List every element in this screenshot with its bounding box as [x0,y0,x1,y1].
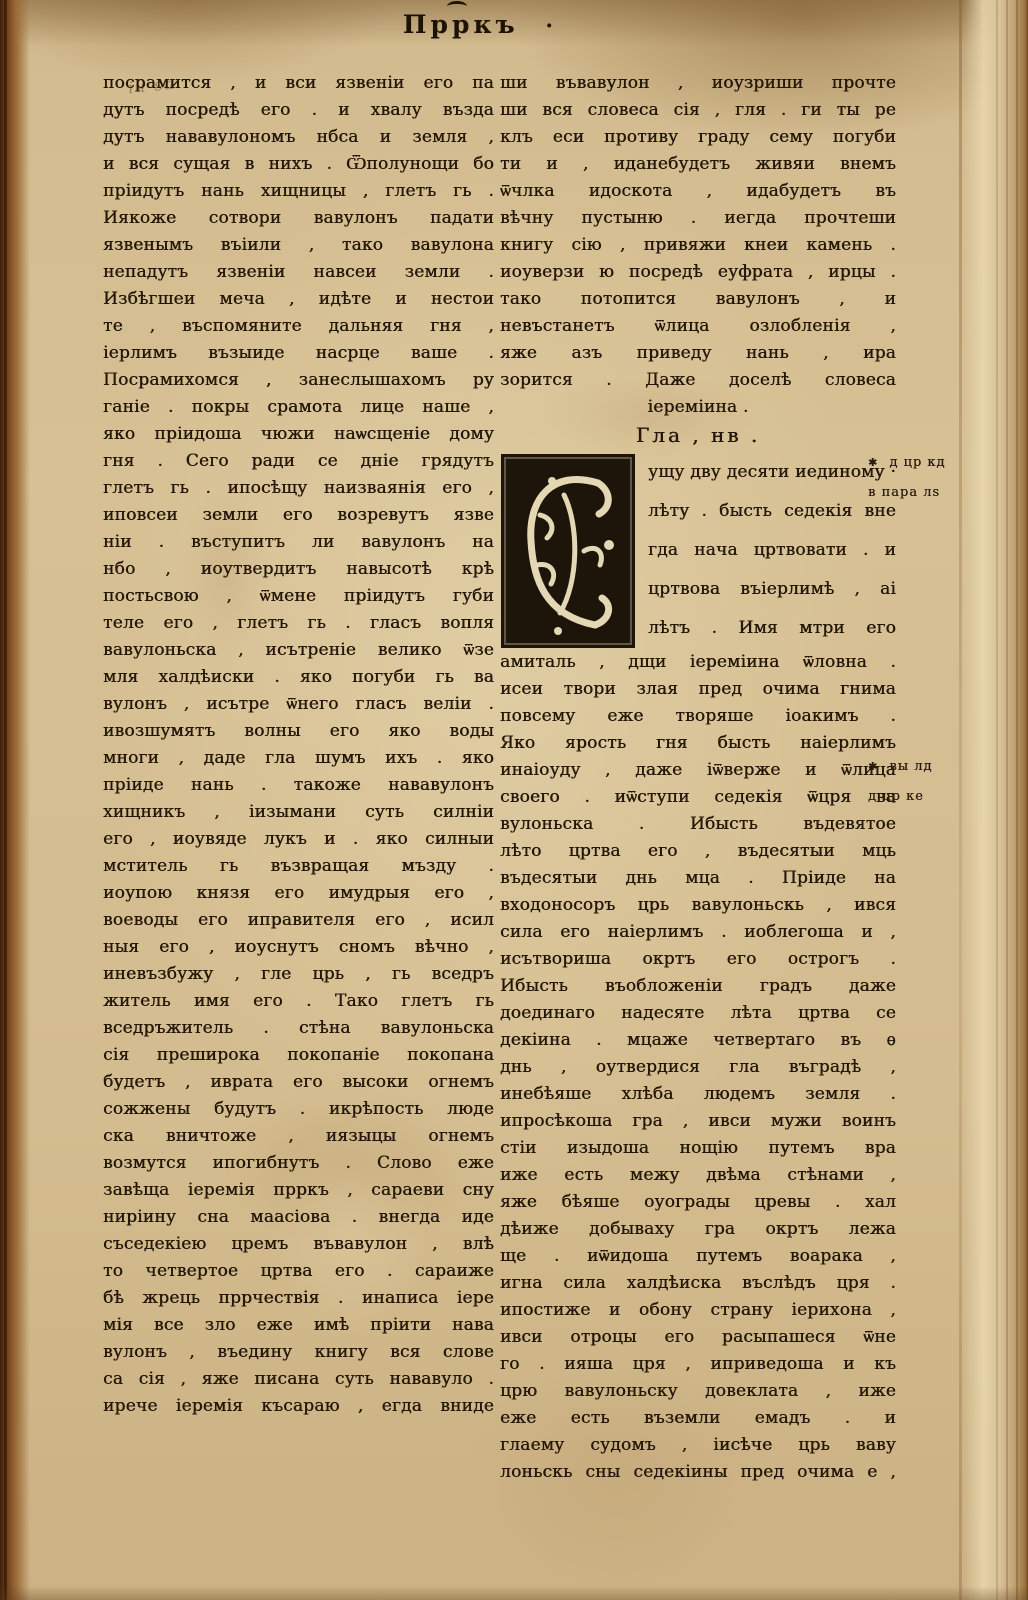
text-line: будетъ , иврата его высоки огнемъ [103,1069,494,1096]
fore-edge [964,0,1028,1600]
text-line: невъстанетъ ѿлица озлобленія , [500,313,896,340]
text-line: тако потопится вавулонъ , и [500,286,896,313]
text-line: исътвориша окртъ его острогъ . [500,946,896,973]
text-line: лѣто цртва его , въдесятыи мць [500,838,896,865]
page-crease-line [959,0,962,1600]
text-line: лѣтъ . Имя мтри его [648,609,896,648]
text-line: воеводы его иправителя его , исил [103,907,494,934]
reference-mark: ✱ [868,752,878,782]
text-line: лѣту . бысть седекія вне [648,492,896,531]
chapter-opening-lines: ущу дву десяти иединому ·лѣту . бысть се… [648,453,896,649]
chapter-opening: ущу дву десяти иединому ·лѣту . бысть се… [500,453,896,649]
text-line: вседръжитель . стѣна вавулоньска [103,1015,494,1042]
text-line: мля халдѣиски . яко погуби гь ва [103,664,494,691]
text-line: ивси отроцы его расыпашеся ѿне [500,1324,896,1351]
text-line: лоньскь сны седекіины пред очима е , [500,1459,896,1486]
text-line: Иякоже сотвори вавулонъ падати [103,205,494,232]
text-line: постьсвою , ѿмене пріидутъ губи [103,583,494,610]
text-line: ивозшумятъ волны его яко воды [103,718,494,745]
text-line: ска вничтоже , иязыцы огнемъ [103,1123,494,1150]
edge-streak [996,0,998,1600]
text-line: гда нача цртвовати . и [648,531,896,570]
text-line: нбо , иоутвердитъ навысотѣ крѣ [103,556,494,583]
text-line: пріиде нань . такоже нававулонъ [103,772,494,799]
titlo-mark [447,1,467,12]
text-line: Избѣгшеи меча , идѣте и нестои [103,286,494,313]
text-line: те , въспомяните дальняя гня , [103,313,494,340]
text-line: ѿчлка идоскота , идабудетъ въ [500,178,896,205]
text-line: пріидутъ нань хищницы , глетъ гь . [103,178,494,205]
text-line: глетъ гь . ипосѣщу наизваянія его , [103,475,494,502]
text-line: Ибысть въобложеніи градъ даже [500,973,896,1000]
text-line: иневъзбужу , гле црь , гь вседръ [103,961,494,988]
margin-note-line: вы лд [889,759,932,774]
text-line: глаему судомъ , іисѣче црь ваву [500,1432,896,1459]
text-line: ти и , иданебудетъ живяи внемъ [500,151,896,178]
text-line: сожжены будутъ . икрѣпость люде [103,1096,494,1123]
header-title: Прркъ [403,10,519,39]
text-line: сила его наіерлимъ . иоблегоша и , [500,919,896,946]
text-line: иоуверзи ю посредѣ еуфрата , ирцы . [500,259,896,286]
text-line: ганіе . покры срамота лице наше , [103,394,494,421]
text-line: своего . иѿступи седекія ѿцря ва [500,784,896,811]
text-line: ши въвавулон , иоузриши прочте [500,70,896,97]
text-line: ипросѣкоша гра , ивси мужи воинъ [500,1108,896,1135]
text-line: житель имя его . Тако глетъ гь [103,988,494,1015]
text-line: инаіоуду , даже іѿверже и ѿлица [500,757,896,784]
edge-streak [1006,0,1008,1600]
running-header: Прркъ · [0,10,960,39]
text-line: его , иоувяде лукъ и . яко силныи [103,826,494,853]
text-line: язвенымъ въіили , тако вавулона [103,232,494,259]
text-line: дутъ посредѣ его . и хвалу възда [103,97,494,124]
text-line: са сія , яже писана суть нававуло . [103,1366,494,1393]
text-line: иоупою князя его имудрыя его , [103,880,494,907]
text-line: декіина . мцаже четвертаго въ ѳ [500,1027,896,1054]
text-line: Яко ярость гня бысть наіерлимъ [500,730,896,757]
text-line: то четвертое цртва его . сараиже [103,1258,494,1285]
right-text-column: ши въвавулон , иоузриши прочтеши вся сло… [500,70,896,1486]
text-line: гня . Сего ради се дніе грядутъ [103,448,494,475]
bottom-edge-shade [0,1586,1028,1600]
edge-streak [1016,0,1018,1600]
book-page-scan: Прркъ · іч ѕа посрамится , и вси язвеніи… [0,0,1028,1600]
text-line: непадутъ язвеніи навсеи земли . [103,259,494,286]
text-line: ніи . въступитъ ли вавулонъ на [103,529,494,556]
margin-note-line: д цр кд [889,455,945,470]
text-line: вулоньска . Ибысть въдевятое [500,811,896,838]
text-line: хищникъ , іизымани суть силніи [103,799,494,826]
text-line: и вся сущая в нихъ . Ѿполунощи бо [103,151,494,178]
text-line: многи , даде гла шумъ ихъ . яко [103,745,494,772]
text-line: съседекіею цремъ въвавулон , влѣ [103,1231,494,1258]
text-line: мія все зло еже имѣ пріити нава [103,1312,494,1339]
right-column-paragraph: ши въвавулон , иоузриши прочтеши вся сло… [500,70,896,394]
text-line: стіи изыдоша нощію путемъ вра [500,1135,896,1162]
header-title-text: Прркъ [403,10,519,39]
text-line: ирече іеремія късараю , егда вниде [103,1393,494,1420]
text-line: доединаго надесяте лѣта цртва се [500,1000,896,1027]
text-line: теле его , глетъ гь . гласъ вопля [103,610,494,637]
text-line: яже бѣяше оуограды цревы . хал [500,1189,896,1216]
text-line: инебѣяше хлѣба людемъ земля . [500,1081,896,1108]
text-line: игна сила халдѣиска въслѣдъ цря . [500,1270,896,1297]
text-line: вавулоньска , исътреніе велико ѿзе [103,637,494,664]
text-line: исеи твори злая пред очима гнима [500,676,896,703]
text-line: еже есть въземли емадъ . и [500,1405,896,1432]
chapter-heading: Гла , нв . [500,421,896,449]
text-line: дѣиже добываху гра окртъ лежа [500,1216,896,1243]
decorative-initial [500,453,636,649]
text-line: цртвова въіерлимѣ , аі [648,570,896,609]
text-line: амиталь , дщи іереміина ѿловна . [500,649,896,676]
text-line: вулонъ , въедину книгу вся слове [103,1339,494,1366]
text-line: иже есть межу двѣма стѣнами , [500,1162,896,1189]
text-line: ши вся словеса сія , гля . ги ты ре [500,97,896,124]
text-line: клъ еси противу граду сему погуби [500,124,896,151]
text-line: повсему еже творяше іоакимъ . [500,703,896,730]
text-line: иповсеи земли его возревутъ язве [103,502,494,529]
text-line: посрамится , и вси язвеніи его па [103,70,494,97]
text-line: днь , оутвердися гла въградѣ , [500,1054,896,1081]
text-line: яко пріидоша чюжи наѡсщеніе дому [103,421,494,448]
text-line: дутъ нававулономъ нбса и земля , [103,124,494,151]
text-line: ущу дву десяти иединому · [648,453,896,492]
right-column-body: амиталь , дщи іереміина ѿловна .исеи тво… [500,649,896,1486]
text-line: вулонъ , исътре ѿнего гласъ веліи . [103,691,494,718]
text-line: зорится . Даже доселѣ словеса [500,367,896,394]
colophon-line: іереміина . [500,394,896,421]
text-line: го . ияша цря , иприведоша и къ [500,1351,896,1378]
text-line: ныя его , иоуснутъ сномъ вѣчно , [103,934,494,961]
binding-edge-line [4,0,7,1600]
text-line: вѣчну пустыню . иегда прочтеши [500,205,896,232]
text-line: сія преширока покопаніе покопана [103,1042,494,1069]
text-line: ипостиже и обону страну іерихона , [500,1297,896,1324]
text-line: мститель гь възвращая мъзду . [103,853,494,880]
left-text-column: посрамится , и вси язвеніи его падутъ по… [103,70,494,1420]
text-line: црю вавулоньску довеклата , иже [500,1378,896,1405]
text-line: ще . иѿидоша путемъ воарака , [500,1243,896,1270]
text-line: ниріину сна маасіова . внегда иде [103,1204,494,1231]
header-dot: · [545,13,557,39]
text-line: возмутся ипогибнутъ . Слово еже [103,1150,494,1177]
text-line: въдесятыи днь мца . Пріиде на [500,865,896,892]
text-line: яже азъ приведу нань , ира [500,340,896,367]
text-line: Посрамихомся , занеслышахомъ ру [103,367,494,394]
initial-ornament-svg [500,453,636,649]
text-line: входоносоръ црь вавулоньскь , ився [500,892,896,919]
text-line: бѣ жрець пррчествія . инаписа іере [103,1285,494,1312]
text-line: завѣща іеремія прркъ , сараеви сну [103,1177,494,1204]
text-line: книгу сію , привяжи кнеи камень . [500,232,896,259]
text-line: іерлимъ възыиде насрце ваше . [103,340,494,367]
reference-mark: ✱ [868,448,878,478]
